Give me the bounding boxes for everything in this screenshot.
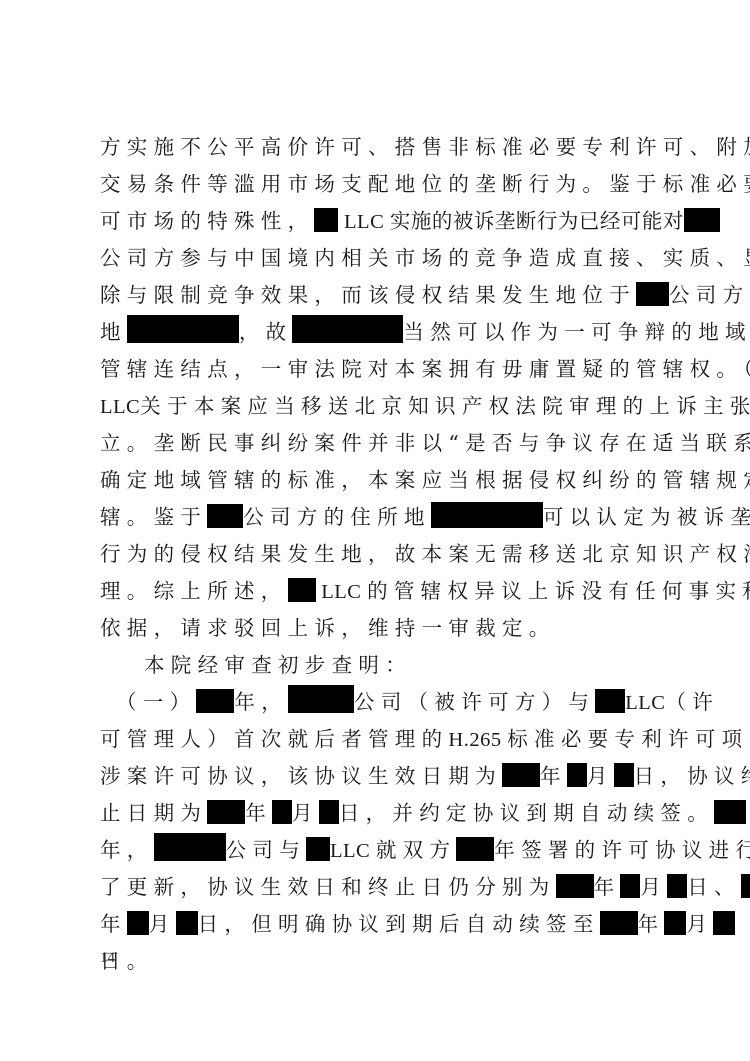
redaction-block bbox=[556, 874, 594, 898]
text-segment: 地 bbox=[100, 320, 127, 344]
text-line: 地，故当然可以作为一可争辩的地域 bbox=[100, 314, 656, 351]
text-line: 确定地域管辖的标准，本案应当根据侵权纠纷的管辖规定确定管 bbox=[100, 462, 656, 499]
text-segment: 标准必要专利许可项目签署 bbox=[507, 727, 750, 751]
text-segment: 本院经审查初步查明： bbox=[144, 653, 412, 677]
redaction-block bbox=[567, 763, 587, 787]
text-segment: 年签署的许可协议进行 bbox=[494, 838, 750, 862]
text-segment: LLC bbox=[625, 692, 665, 714]
text-line: 理。综上所述， LLC 的管辖权异议上诉没有任何事实和法律 bbox=[100, 573, 656, 610]
text-line: （一）年，公司（被许可方）与LLC（许 bbox=[100, 684, 656, 721]
text-segment: 公司与 bbox=[226, 838, 306, 862]
redaction-block bbox=[288, 578, 316, 602]
redaction-block bbox=[207, 800, 245, 824]
text-segment: LLC bbox=[316, 581, 367, 603]
text-line: 了更新，协议生效日和终止日仍分别为年月日、 bbox=[100, 869, 656, 906]
text-segment: 月 bbox=[686, 912, 713, 936]
text-segment: LLC bbox=[100, 396, 140, 418]
redaction-block bbox=[600, 911, 638, 935]
text-segment: 公司方的住所 bbox=[669, 283, 750, 307]
redaction-block bbox=[288, 685, 354, 713]
text-segment: 年 bbox=[540, 764, 567, 788]
text-segment: 年， bbox=[234, 690, 288, 714]
text-segment: 了更新，协议生效日和终止日仍分别为 bbox=[100, 875, 556, 899]
text-segment: 除与限制竞争效果，而该侵权结果发生地位于 bbox=[100, 283, 636, 307]
text-segment: 确定地域管辖的标准，本案应当根据侵权纠纷的管辖规定确定管 bbox=[100, 468, 750, 492]
redaction-block bbox=[620, 874, 640, 898]
text-line: 可管理人）首次就后者管理的H.265 标准必要专利许可项目签署 bbox=[100, 721, 656, 758]
text-line: 本院经审查初步查明： bbox=[100, 647, 656, 684]
text-line: 可市场的特殊性， LLC 实施的被诉垄断行为已经可能对 bbox=[100, 203, 656, 240]
text-segment: 辖。鉴于 bbox=[100, 505, 207, 529]
text-line: 止日期为年月日，并约定协议到期自动续签。 bbox=[100, 795, 656, 832]
redaction-block bbox=[667, 874, 687, 898]
redaction-block bbox=[127, 911, 149, 935]
text-line: 依据，请求驳回上诉，维持一审裁定。 bbox=[100, 610, 656, 647]
text-segment: LLC bbox=[330, 840, 376, 862]
text-segment: 止日期为 bbox=[100, 801, 207, 825]
text-line: 公司方参与中国境内相关市场的竞争造成直接、实质、显著的排 bbox=[100, 240, 656, 277]
text-segment: 年 bbox=[638, 912, 665, 936]
redaction-block bbox=[292, 315, 403, 343]
redaction-block bbox=[595, 689, 625, 713]
text-segment: 日，并约定协议到期自动续签。 bbox=[339, 801, 714, 825]
text-segment: ，故 bbox=[239, 320, 293, 344]
text-segment: 的管辖权异议上诉没有任何事实和法律 bbox=[367, 579, 750, 603]
text-segment: 关于本案应当移送北京知识产权法院审理的上诉主张不能成 bbox=[140, 394, 750, 418]
document-body: 方实施不公平高价许可、搭售非标准必要专利许可、附加不合理 交易条件等滥用市场支配… bbox=[100, 129, 656, 980]
redaction-block bbox=[456, 837, 494, 861]
text-segment: 立。垄断民事纠纷案件并非以“是否与争议存在适当联系”作为 bbox=[100, 431, 750, 455]
text-line: 管辖连结点，一审法院对本案拥有毋庸置疑的管辖权。（七） bbox=[100, 351, 656, 388]
redaction-block bbox=[614, 763, 634, 787]
text-segment: 依据，请求驳回上诉，维持一审裁定。 bbox=[100, 616, 556, 640]
text-segment: 可以认定为被诉垄断 bbox=[543, 505, 750, 529]
text-segment: 就双方 bbox=[376, 838, 456, 862]
text-segment: 年， bbox=[100, 838, 154, 862]
text-segment: 月 bbox=[149, 912, 176, 936]
redaction-block bbox=[176, 911, 198, 935]
text-line: 年，公司与LLC 就双方年签署的许可协议进行 bbox=[100, 832, 656, 869]
text-segment: 方实施不公平高价许可、搭售非标准必要专利许可、附加不合理 bbox=[100, 135, 750, 159]
text-segment: 行为的侵权结果发生地，故本案无需移送北京知识产权法院审 bbox=[100, 542, 750, 566]
text-segment: 公司方的住所地 bbox=[243, 505, 431, 529]
text-segment: 月 bbox=[587, 764, 614, 788]
redaction-block bbox=[314, 208, 338, 232]
text-segment: 公司方参与中国境内相关市场的竞争造成直接、实质、显著的排 bbox=[100, 246, 750, 270]
text-segment: LLC 实施的被诉垄断行为已经可能对 bbox=[338, 211, 683, 233]
text-segment: 交易条件等滥用市场支配地位的垄断行为。鉴于标准必要专利许 bbox=[100, 172, 750, 196]
redaction-block bbox=[319, 800, 339, 824]
redaction-block bbox=[714, 800, 746, 824]
redaction-block bbox=[431, 502, 543, 528]
text-segment: 日、 bbox=[687, 875, 741, 899]
redaction-block bbox=[196, 689, 234, 713]
text-line: 除与限制竞争效果，而该侵权结果发生地位于公司方的住所 bbox=[100, 277, 656, 314]
redaction-block bbox=[636, 282, 669, 306]
text-segment: 可市场的特殊性， bbox=[100, 209, 314, 233]
text-line: 年月日，但明确协议到期后自动续签至年月 bbox=[100, 906, 656, 943]
text-segment: 日，协议终 bbox=[634, 764, 750, 788]
redaction-block bbox=[664, 911, 686, 935]
text-segment: 年 bbox=[245, 801, 272, 825]
text-segment: 管辖连结点，一审法院对本案拥有毋庸置疑的管辖权。（七） bbox=[100, 357, 750, 381]
text-segment: H.265 bbox=[448, 729, 507, 751]
text-segment: 可管理人）首次就后者管理的 bbox=[100, 727, 448, 751]
text-line: 方实施不公平高价许可、搭售非标准必要专利许可、附加不合理 bbox=[100, 129, 656, 166]
redaction-block bbox=[502, 763, 540, 787]
text-segment: 日，但明确协议到期后自动续签至 bbox=[198, 912, 600, 936]
document-page: 方实施不公平高价许可、搭售非标准必要专利许可、附加不合理 交易条件等滥用市场支配… bbox=[0, 0, 750, 1061]
text-segment: 年 bbox=[100, 912, 127, 936]
redaction-block bbox=[154, 833, 226, 861]
text-segment: （一） bbox=[116, 690, 196, 714]
text-line: 立。垄断民事纠纷案件并非以“是否与争议存在适当联系”作为 bbox=[100, 425, 656, 462]
redaction-block bbox=[684, 208, 720, 232]
redaction-block bbox=[272, 800, 292, 824]
text-segment: 月 bbox=[292, 801, 319, 825]
text-line: LLC关于本案应当移送北京知识产权法院审理的上诉主张不能成 bbox=[100, 388, 656, 425]
redaction-block bbox=[741, 874, 750, 898]
text-segment: 年 bbox=[594, 875, 621, 899]
page-number: 14 bbox=[100, 950, 115, 967]
text-line: 交易条件等滥用市场支配地位的垄断行为。鉴于标准必要专利许 bbox=[100, 166, 656, 203]
text-segment: 当然可以作为一可争辩的地域 bbox=[403, 320, 750, 344]
redaction-block bbox=[713, 911, 735, 935]
text-line: 辖。鉴于公司方的住所地可以认定为被诉垄断 bbox=[100, 499, 656, 536]
text-segment: 理。综上所述， bbox=[100, 579, 288, 603]
redaction-block bbox=[127, 315, 239, 343]
text-segment: 涉案许可协议，该协议生效日期为 bbox=[100, 764, 502, 788]
redaction-block bbox=[306, 837, 330, 861]
text-line: 日。 bbox=[100, 943, 656, 980]
text-line: 涉案许可协议，该协议生效日期为年月日，协议终 bbox=[100, 758, 656, 795]
text-segment: 月 bbox=[640, 875, 667, 899]
redaction-block bbox=[207, 504, 243, 528]
text-segment: （许 bbox=[665, 690, 719, 714]
text-segment: 公司（被许可方）与 bbox=[354, 690, 595, 714]
text-line: 行为的侵权结果发生地，故本案无需移送北京知识产权法院审 bbox=[100, 536, 656, 573]
